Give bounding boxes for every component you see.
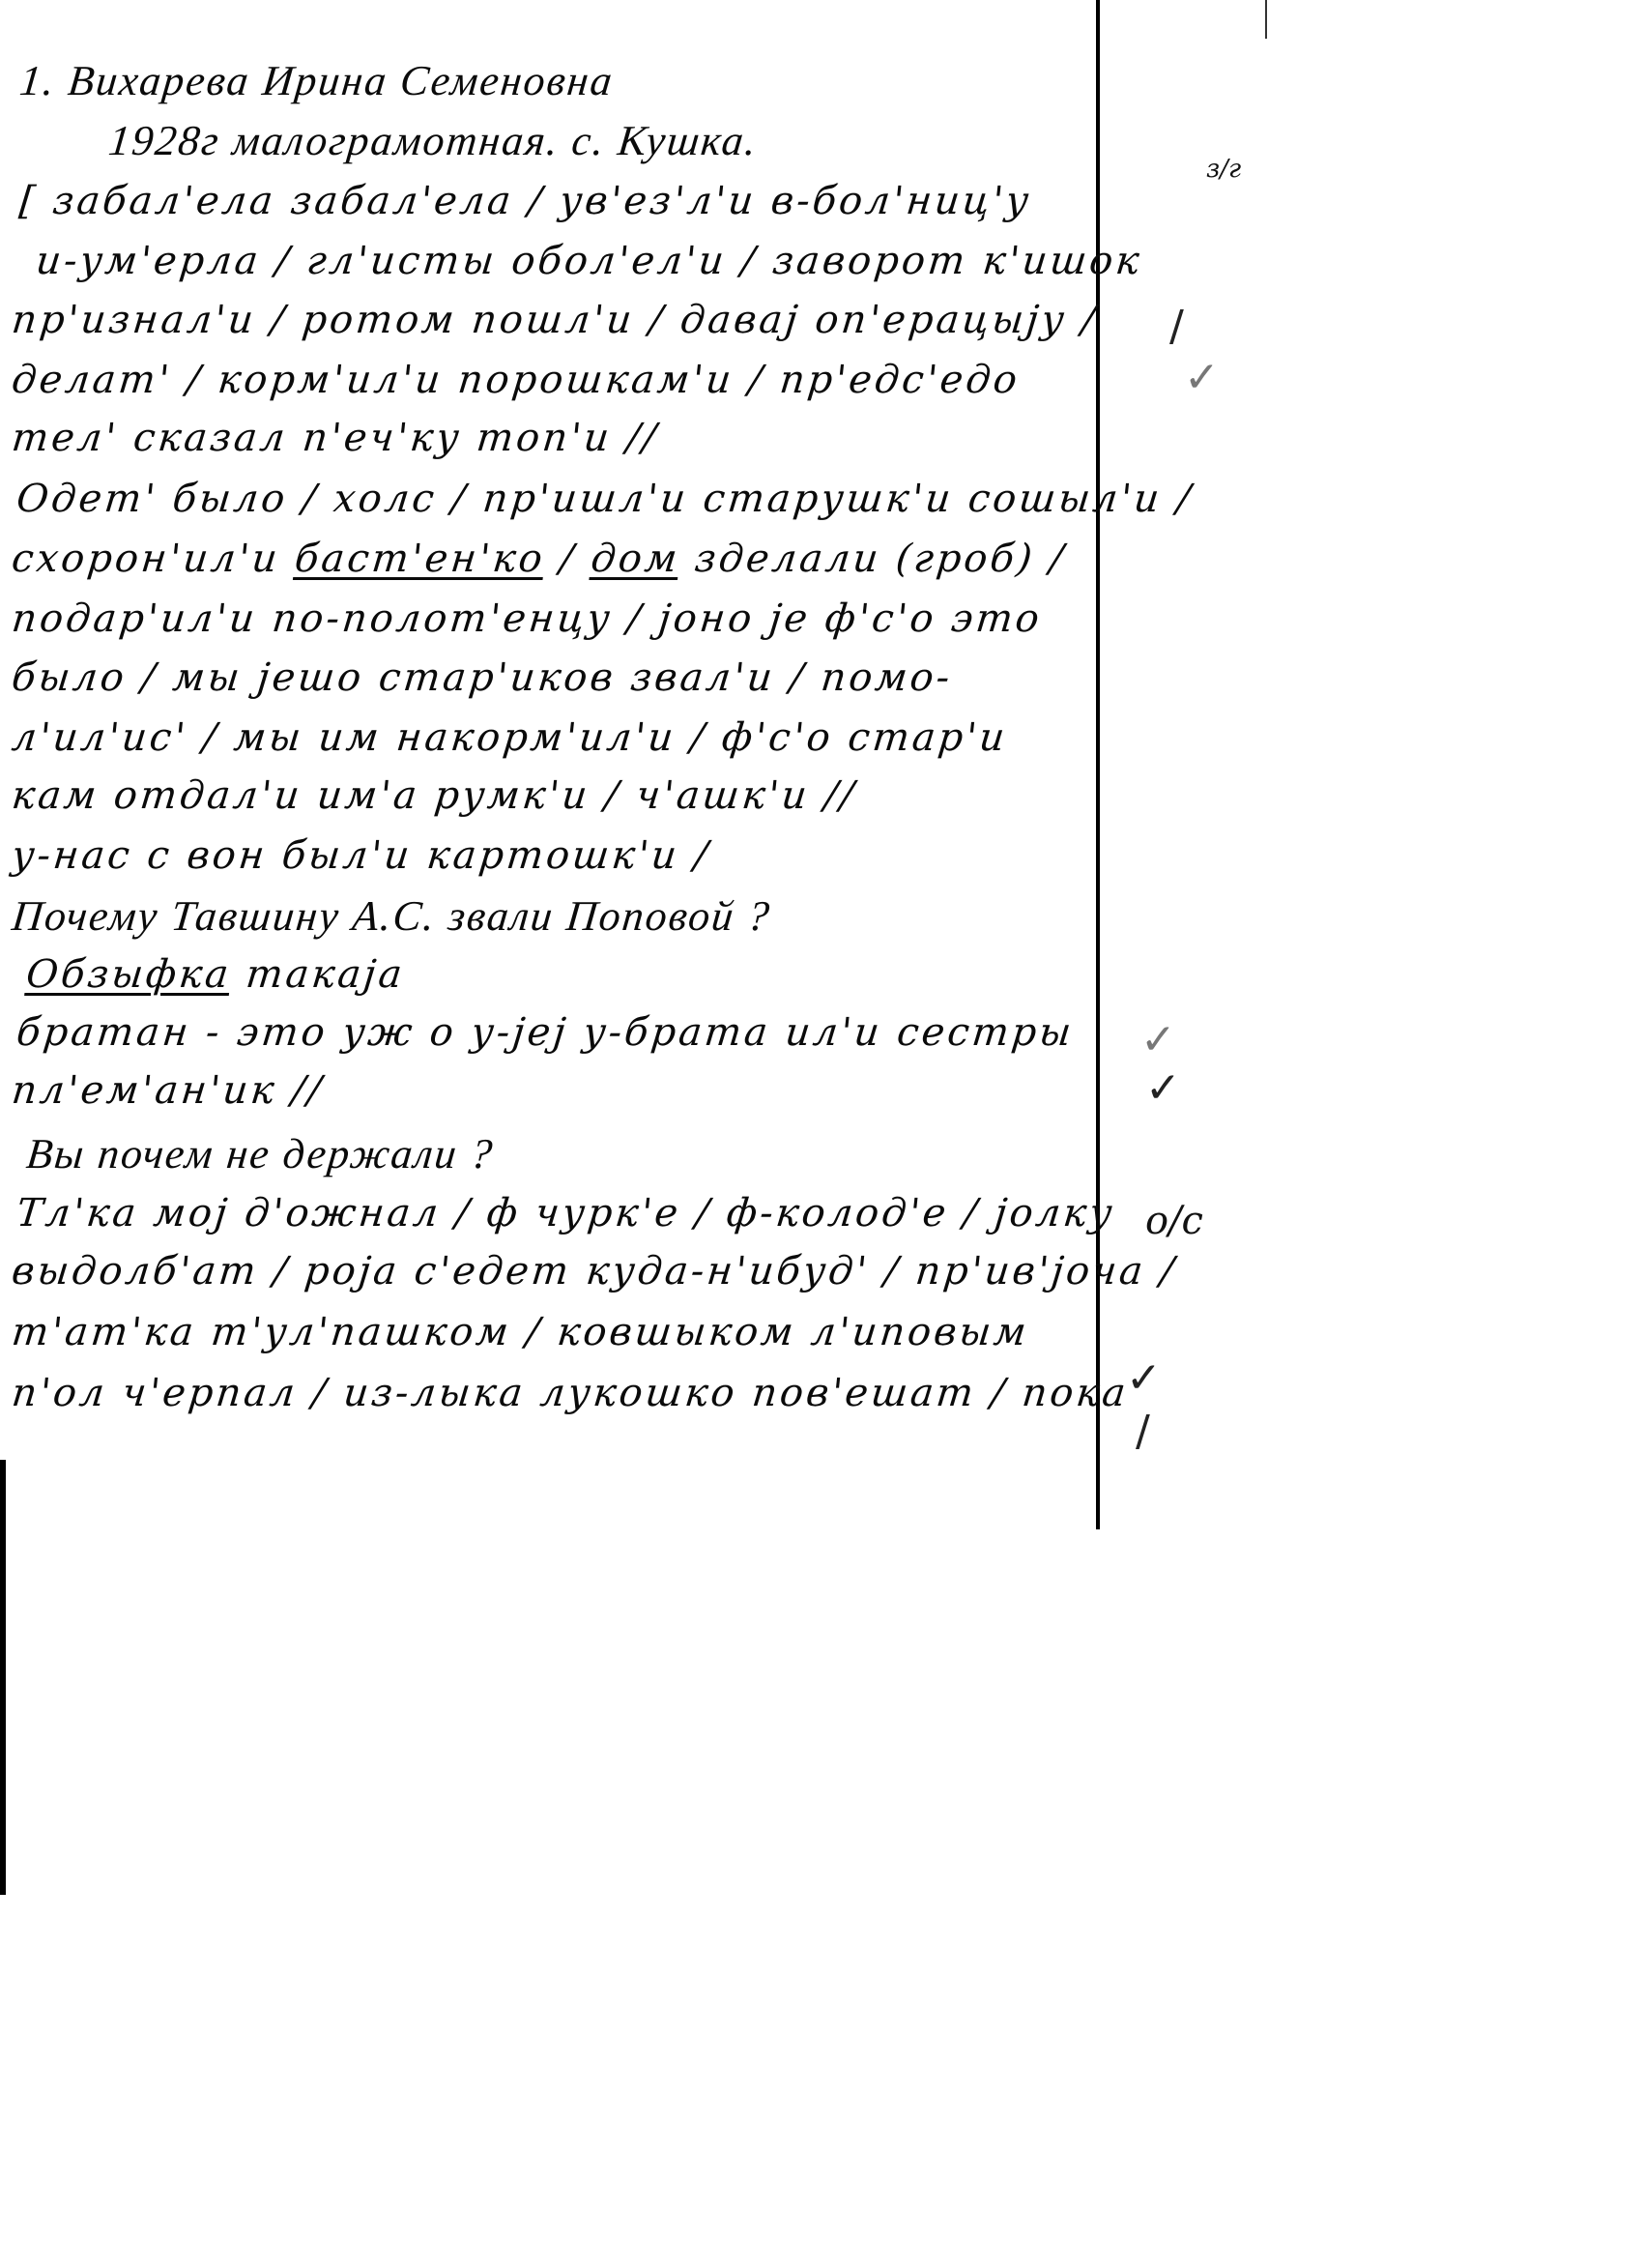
text-line-21: выдолб'ат / роја с'едет куда-н'ибуд' / п…: [10, 1249, 1179, 1294]
text-line-20: Тл'ка мој д'ожнал / ф чурк'е / ф-колод'е…: [14, 1191, 1117, 1236]
text-segment: /: [542, 537, 593, 581]
underlined-word-dom: дом: [589, 537, 681, 581]
margin-note-top: з/г: [1206, 155, 1241, 184]
text-line-17: братан - это уж о у-јеј у-брата ил'и сес…: [14, 1010, 1076, 1055]
check-mark-icon: ✓: [1145, 1063, 1181, 1113]
scanned-page: 1. Вихарева Ирина Семеновна 1928г малогр…: [0, 0, 1643, 2268]
text-line-10: подар'ил'и по-полот'енцу / јоно је ф'с'о…: [10, 596, 1044, 641]
text-line-22: т'ат'ка т'ул'пашком / ковшыком л'иповым: [10, 1310, 1031, 1354]
text-line-4: и-ум'ерла / гл'исты обол'ел'и / заворот …: [34, 239, 1144, 283]
text-line-7: тел' сказал п'еч'ку топ'и //: [10, 416, 661, 460]
text-segment: такаја: [229, 952, 407, 997]
tick-mark-icon: /: [1169, 302, 1184, 351]
text-segment: схорон'ил'и: [10, 537, 298, 581]
check-mark-icon: ✓: [1184, 353, 1220, 402]
text-line-8: Одет' было / холс / пр'ишл'и старушк'и с…: [14, 477, 1196, 521]
margin-rule-line: [1096, 0, 1100, 1529]
header-year-line: 1928г малограмотная. с. Кушка.: [106, 116, 761, 165]
text-line-23: п'ол ч'ерпал / из-лыка лукошко пов'ешат …: [10, 1371, 1131, 1415]
margin-note-side: о/с: [1145, 1199, 1203, 1243]
text-line-13: кам отдал'и им'а румк'и / ч'ашк'и //: [10, 773, 859, 818]
text-line-11: было / мы јешо стар'иков звал'и / помо-: [10, 655, 955, 700]
text-line-12: л'ил'ис' / мы им накорм'ил'и / ф'с'о ста…: [10, 715, 1010, 760]
header-name-line: 1. Вихарева Ирина Семеновна: [17, 56, 617, 105]
text-line-3: [ забал'ела забал'ела / ув'ез'л'и в-бол'…: [17, 179, 1033, 223]
text-line-18: пл'ем'ан'ик //: [10, 1068, 326, 1113]
tick-mark-icon: /: [1136, 1407, 1150, 1456]
text-line-9: схорон'ил'и баст'ен'ко / дом зделали (гр…: [10, 537, 1068, 581]
question-line-2: Вы почем не держали ?: [24, 1129, 497, 1178]
text-line-6: делат' / корм'ил'и порошкам'и / пр'едс'е…: [10, 358, 1022, 402]
check-mark-icon: ✓: [1140, 1015, 1176, 1064]
underlined-word-obzyfka: Обзыфка: [24, 952, 233, 997]
question-line-1: Почему Тавшину А.С. звали Поповой ?: [10, 891, 773, 941]
text-line-14: у-нас с вон был'и картошк'и /: [10, 833, 712, 878]
check-mark-icon: ✓: [1126, 1353, 1162, 1403]
text-line-16: Обзыфка такаја: [24, 952, 407, 997]
scan-left-edge-shadow: [0, 1460, 6, 1895]
faint-margin-line: [1265, 0, 1267, 39]
text-segment: зделали (гроб) /: [677, 537, 1068, 581]
text-line-5: пр'изнал'и / ротом пошл'и / давај оп'ера…: [10, 298, 1100, 342]
underlined-word-bastenko: баст'ен'ко: [293, 537, 547, 581]
